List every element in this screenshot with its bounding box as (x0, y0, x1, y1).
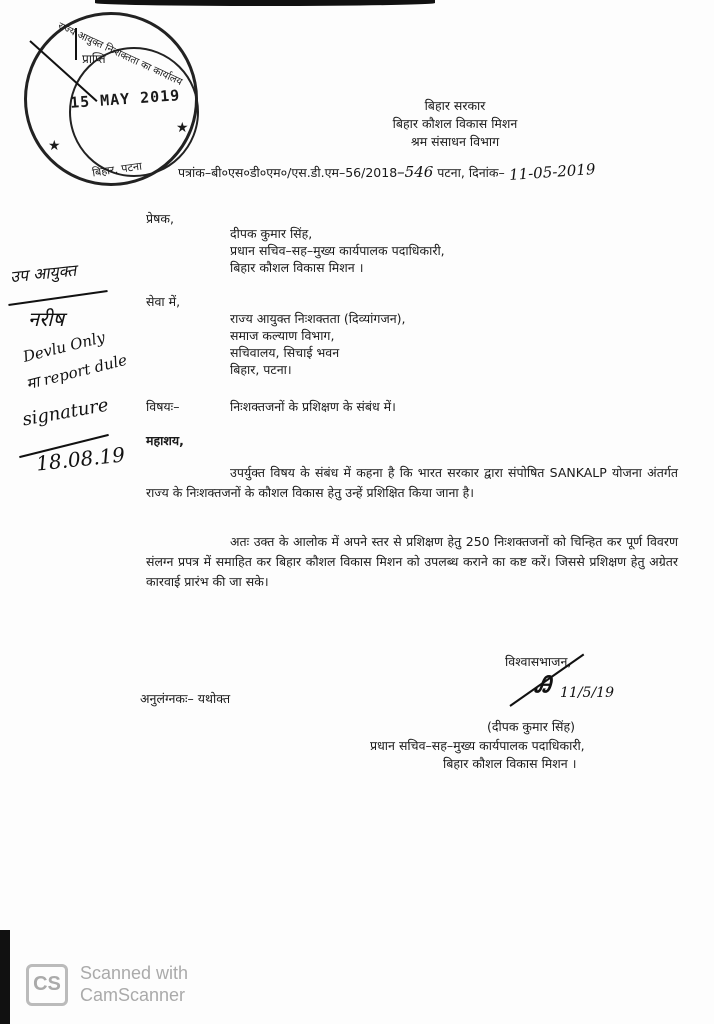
star-icon: ★ (48, 138, 61, 154)
margin-note-1: उप आयुक्त (9, 259, 77, 288)
subject-label: विषयः– (146, 398, 179, 415)
signature-date: 11/5/19 (560, 685, 614, 701)
enclosure-value: यथोक्त (198, 691, 230, 706)
patrank-number: –546 (397, 163, 433, 181)
subject-text: निःशक्तजनों के प्रशिक्षण के संबंध में। (230, 398, 396, 415)
watermark-line-1: Scanned with (80, 962, 188, 984)
signatory-org: बिहार कौशल विकास मिशन । (443, 755, 576, 772)
margin-note-2: नरीष (28, 305, 64, 332)
patrank: पत्रांक–बी०एस०डी०एम०/एस.डी.एम–56/2018 (178, 165, 397, 180)
enclosure: अनुलंग्नकः– यथोक्त (140, 690, 230, 707)
recipient-line-4: बिहार, पटना। (230, 361, 292, 378)
scan-edge (0, 930, 10, 1024)
camscanner-watermark: Scanned with CamScanner (80, 962, 188, 1006)
margin-signature: signature (21, 395, 110, 431)
date-label: दिनांक– (469, 165, 505, 180)
margin-underline (8, 290, 107, 306)
scan-shadow (95, 0, 435, 6)
star-icon: ★ (176, 120, 189, 136)
margin-date: 18.08.19 (35, 442, 126, 475)
enclosure-label: अनुलंग्नकः– (140, 691, 194, 706)
letterhead-department: श्रम संसाधन विभाग (305, 133, 605, 150)
recipient-label: सेवा में, (146, 293, 180, 310)
letterhead-government: बिहार सरकार (305, 97, 605, 114)
body-paragraph-1: उपर्युक्त विषय के संबंध में कहना है कि भ… (146, 463, 678, 503)
camscanner-logo-icon: CS (26, 964, 68, 1006)
recipient-line-2: समाज कल्याण विभाग, (230, 327, 334, 344)
reference-line: पत्रांक–बी०एस०डी०एम०/एस.डी.एम–56/2018–54… (178, 163, 595, 181)
place: पटना, (437, 165, 465, 180)
sender-name: दीपक कुमार सिंह, (230, 225, 312, 242)
recipient-line-3: सचिवालय, सिचाई भवन (230, 344, 339, 361)
recipient-line-1: राज्य आयुक्त निःशक्तता (दिव्यांगजन), (230, 310, 406, 327)
sender-org: बिहार कौशल विकास मिशन । (230, 259, 363, 276)
watermark-line-2: CamScanner (80, 984, 188, 1006)
salutation: महाशय, (146, 432, 184, 449)
sender-designation: प्रधान सचिव–सह–मुख्य कार्यपालक पदाधिकारी… (230, 242, 445, 259)
date-value: 11-05-2019 (508, 160, 596, 184)
body-paragraph-2: अतः उक्त के आलोक में अपने स्तर से प्रशिक… (146, 532, 678, 592)
stamp-center-text: प्राप्ति (82, 50, 106, 67)
signatory-designation: प्रधान सचिव–सह–मुख्य कार्यपालक पदाधिकारी… (370, 737, 585, 754)
stamp-mark (75, 28, 77, 60)
signatory-name: (दीपक कुमार सिंह) (487, 718, 575, 735)
letterhead-mission: बिहार कौशल विकास मिशन (305, 115, 605, 132)
sender-label: प्रेषक, (146, 210, 174, 227)
